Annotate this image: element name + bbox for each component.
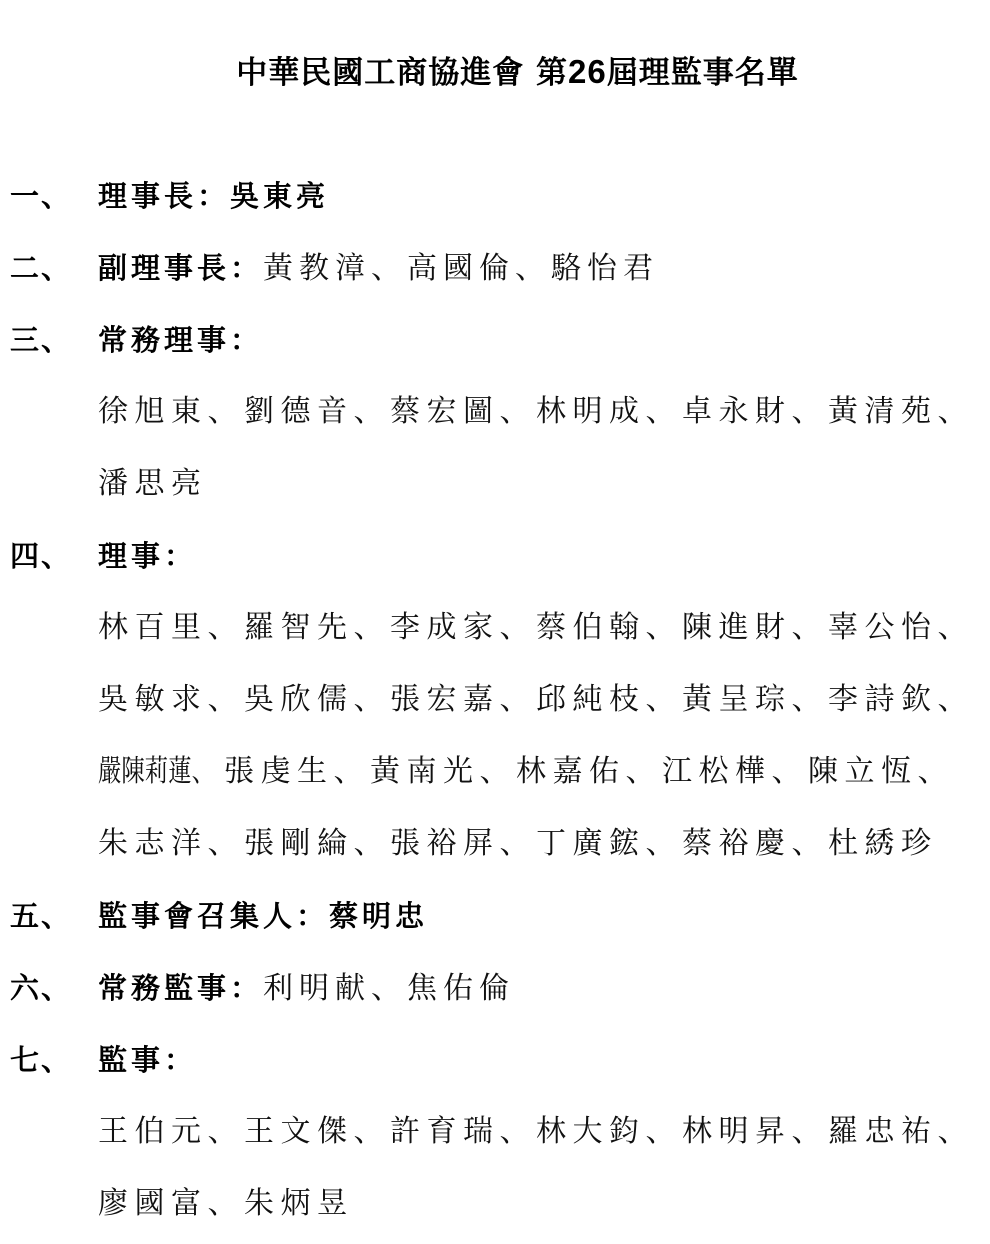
section-label: 理事長：: [98, 179, 230, 213]
section-label: 常務監事：: [98, 971, 263, 1005]
section-index: 六、: [0, 966, 98, 1010]
directors-line-1: 林百里、羅智先、李成家、蔡伯翰、陳進財、辜公怡、: [98, 606, 974, 650]
section-directors: 四、理事：: [0, 534, 197, 578]
directors-line-3: 嚴陳莉蓮、張虔生、黃南光、林嘉佑、江松樺、陳立恆、: [98, 750, 954, 794]
section-index: 四、: [0, 534, 98, 578]
section-index: 三、: [0, 318, 98, 362]
directors-line-3-rest: 張虔生、黃南光、林嘉佑、江松樺、陳立恆、: [224, 754, 954, 789]
document-title: 中華民國工商協進會 第26屆理監事名單: [0, 50, 990, 95]
section-vice-chairmen: 二、副理事長：黃教漳、高國倫、駱怡君: [0, 246, 659, 290]
supervisors-line-1: 王伯元、王文傑、許育瑞、林大鈞、林明昇、羅忠祐、: [98, 1110, 974, 1154]
chairman-name: 吳東亮: [230, 179, 329, 213]
title-term-number: 26: [568, 53, 607, 90]
convener-name: 蔡明忠: [329, 899, 428, 933]
vice-chairmen-names: 黃教漳、高國倫、駱怡君: [263, 251, 659, 286]
title-prefix: 中華民國工商協進會 第: [236, 55, 568, 91]
section-supervisors-convener: 五、監事會召集人：蔡明忠: [0, 894, 428, 938]
section-supervisors: 七、監事：: [0, 1038, 197, 1082]
section-label: 副理事長：: [98, 251, 263, 285]
title-suffix: 屆理監事名單: [607, 55, 799, 91]
executive-directors-line-1: 徐旭東、劉德音、蔡宏圖、林明成、卓永財、黃清苑、: [98, 390, 974, 434]
section-index: 七、: [0, 1038, 98, 1082]
section-executive-supervisors: 六、常務監事：利明献、焦佑倫: [0, 966, 515, 1010]
supervisors-line-2: 廖國富、朱炳昱: [98, 1182, 354, 1226]
directors-line-4: 朱志洋、張剛綸、張裕屏、丁廣鋐、蔡裕慶、杜綉珍: [98, 822, 938, 866]
condensed-name: 嚴陳莉蓮、: [98, 750, 215, 794]
section-label: 監事會召集人：: [98, 899, 329, 933]
section-index: 五、: [0, 894, 98, 938]
section-index: 一、: [0, 174, 98, 218]
section-label: 理事：: [98, 539, 197, 573]
executive-directors-line-2: 潘思亮: [98, 462, 208, 506]
directors-line-2: 吳敏求、吳欣儒、張宏嘉、邱純枝、黃呈琮、李詩欽、: [98, 678, 974, 722]
section-index: 二、: [0, 246, 98, 290]
section-label: 監事：: [98, 1043, 197, 1077]
executive-supervisors-names: 利明献、焦佑倫: [263, 971, 515, 1006]
section-executive-directors: 三、常務理事：: [0, 318, 263, 362]
section-label: 常務理事：: [98, 323, 263, 357]
section-chairman: 一、理事長：吳東亮: [0, 174, 329, 218]
